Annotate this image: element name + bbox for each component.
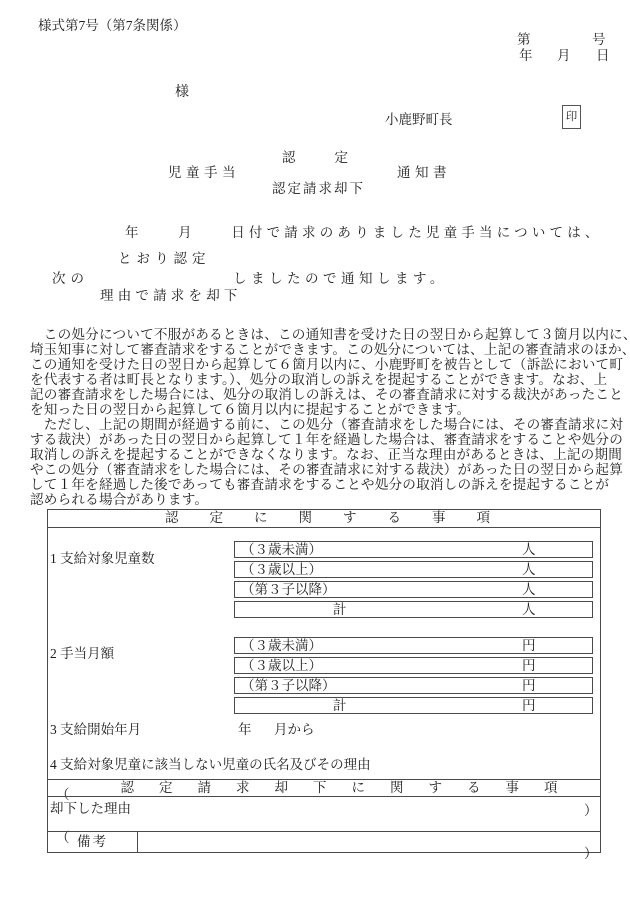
notice-line: やこの処分（審査請求をした場合には、その審査請求に対する裁決）があった日の翌日か… [30, 462, 630, 477]
notification-document: 様式第7号（第7条関係） 第 号 年 月 日 様 小鹿野町長 印 認 定 児童手… [0, 0, 630, 903]
form-number: 様式第7号（第7条関係） [38, 14, 187, 34]
unit-label: 円 [522, 678, 536, 693]
row-label: （３歳以上） [241, 658, 322, 673]
row-label: （第３子以降） [241, 678, 336, 693]
table-row: （第３子以降） 人 [234, 581, 593, 598]
body-suffix: しましたので通知します。 [233, 267, 448, 287]
notice-line: して１年を経過した後であっても審査請求をすることや処分の取消しの訴えを提起するこ… [30, 477, 630, 492]
seal-icon: 印 [562, 105, 581, 129]
table-header-rejection: 認定請求却下に関する事項 [48, 779, 600, 797]
title-child-allowance: 児童手当 [168, 161, 240, 181]
monthly-amount-label: 2 手当月額 [50, 642, 114, 662]
notice-line: 認められる場合があります。 [30, 492, 630, 507]
table-row: （３歳以上） 人 [234, 561, 593, 578]
notice-line: 取消しの訴えを提起することができなくなります。なお、正当な理由があるときは、上記… [30, 447, 630, 462]
payment-start-year-label: 年 [238, 718, 252, 738]
row-label: （第３子以降） [241, 582, 336, 597]
child-count-subtable: （３歳未満） 人 （３歳以上） 人 （第３子以降） 人 計 人 [234, 541, 593, 621]
main-table: 認定に関する事項 1 支給対象児童数 （３歳未満） 人 （３歳以上） 人 （第３… [47, 509, 601, 853]
remarks-row: 備考 [48, 831, 600, 852]
table-row: （第３子以降） 円 [234, 677, 593, 694]
mayor-name: 小鹿野町長 [385, 108, 453, 128]
unit-label: 円 [522, 638, 536, 653]
unit-label: 人 [522, 542, 536, 557]
date-month-label: 月 [557, 44, 571, 64]
notice-line: 記の審査請求をした場合には、処分の取消しの訴えは、その審査請求に対する裁決があっ… [30, 387, 630, 402]
payment-start-label: 3 支給開始年月 [50, 718, 141, 738]
row-label: 計 [333, 602, 347, 617]
table-row: （３歳以上） 円 [234, 657, 593, 674]
unit-label: 人 [522, 562, 536, 577]
row-label: （３歳未満） [241, 542, 322, 557]
notice-line: 埼玉知事に対して審査請求をすることができます。この処分については、上記の審査請求… [30, 342, 630, 357]
body-option-certified: とおり認定 [118, 247, 211, 267]
row-label: （３歳以上） [241, 562, 322, 577]
remarks-label: 備考 [48, 832, 138, 852]
notice-line: を知った日の翌日から起算して６箇月以内に提起することができます。 [30, 402, 630, 417]
child-count-label: 1 支給対象児童数 [50, 547, 155, 567]
row-label: （３歳未満） [241, 638, 322, 653]
date-year-label: 年 [519, 44, 533, 64]
table-row: （３歳未満） 人 [234, 541, 593, 558]
unit-label: 人 [522, 602, 536, 617]
table-header-certification: 認定に関する事項 [48, 510, 600, 528]
unit-label: 人 [522, 582, 536, 597]
body-prefix: 次の [52, 267, 89, 287]
row-label: 計 [333, 698, 347, 713]
title-option-certification: 認 定 [282, 146, 352, 166]
notice-line: この通知を受けた日の翌日から起算して６箇月以内に、小鹿野町を被告として（訴訟にお… [30, 357, 630, 372]
body-date-sentence: 年 月 日付で請求のありました児童手当については、 [125, 221, 603, 241]
table-row-total: 計 人 [234, 601, 593, 618]
addressee-suffix: 様 [175, 81, 189, 101]
table-row-total: 計 円 [234, 697, 593, 714]
notice-line: この処分について不服があるときは、この通知書を受けた日の翌日から起算して３箇月以… [30, 327, 630, 342]
appeal-notice: この処分について不服があるときは、この通知書を受けた日の翌日から起算して３箇月以… [30, 327, 630, 507]
notice-line: を代表する者は町長となります。）、処分の取消しの訴えを提起することができます。な… [30, 372, 630, 387]
title-option-rejection: 認定請求却下 [272, 177, 365, 197]
body-option-rejected: 理由で請求を却下 [100, 284, 242, 304]
date-day-label: 日 [596, 44, 610, 64]
notice-line: ただし、上記の期間が経過する前に、この処分（審査請求をした場合には、その審査請求… [30, 417, 630, 432]
title-notice: 通知書 [397, 161, 451, 181]
unit-label: 円 [522, 658, 536, 673]
table-row: （３歳未満） 円 [234, 637, 593, 654]
unit-label: 円 [522, 698, 536, 713]
remarks-field [138, 832, 600, 852]
monthly-amount-subtable: （３歳未満） 円 （３歳以上） 円 （第３子以降） 円 計 円 [234, 637, 593, 717]
payment-start-month-label: 月から [274, 718, 315, 738]
notice-line: する裁決）があった日の翌日から起算して１年を経過した場合は、審査請求をすることや… [30, 432, 630, 447]
